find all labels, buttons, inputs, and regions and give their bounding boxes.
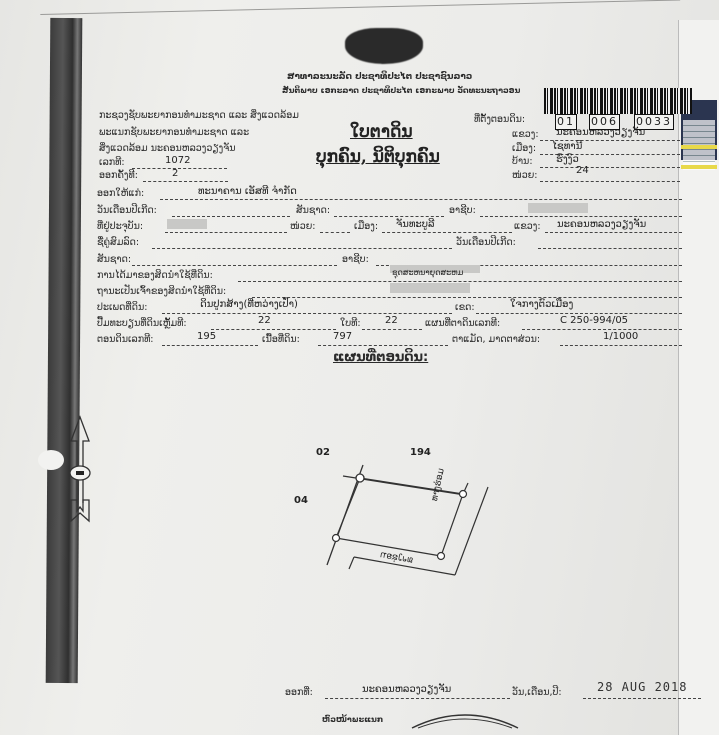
issued-at-label: ອອກທີ່: — [285, 687, 313, 698]
date-label: ວັນ,ເດືອນ,ປີ: — [512, 687, 562, 698]
header-line-1: ສາທາລະນະລັດ ປະຊາທິປະໄຕ ປະຊາຊົນລາວ — [287, 72, 472, 82]
unit-label: ໜ່ວຍ: — [512, 170, 538, 181]
address-province-value: ນະຄອນຫລວງວຽງຈັນ — [557, 219, 646, 230]
unit-value: 24 — [576, 165, 589, 176]
signature-stamp — [410, 708, 520, 730]
area-value: 797 — [333, 331, 352, 342]
issue-count-value: 2 — [172, 168, 178, 179]
spouse-birth-label: ວັນເດືອນປີເກີດ: — [456, 237, 516, 248]
village-label: ບ້ານ: — [512, 156, 533, 167]
scale-value: 1/1000 — [603, 331, 638, 342]
page-value: 22 — [385, 315, 398, 326]
birth-date-label: ວັນເດືອນປີເກີດ: — [97, 205, 157, 216]
redacted-field — [390, 283, 470, 293]
map-heading: ແຜນທີ່ຕອນດິນ: — [333, 350, 428, 365]
redacted-field — [167, 219, 207, 229]
date-stamp: 28 AUG 2018 — [597, 680, 687, 694]
paper-fold — [40, 0, 680, 15]
issued-to-label: ອອກໃຫ້ແກ່: — [97, 188, 144, 199]
ministry-line-2: ພະແນກຊັບພະຍາກອນທຳມະຊາດ ແລະ — [99, 127, 249, 138]
barcode — [544, 88, 692, 114]
north-arrow-icon — [62, 415, 98, 527]
province-value: ນະຄອນຫລວງວຽງຈັນ — [556, 127, 645, 138]
as-owner-label: ຖານະເປັນເຈົ້າຂອງສິດນຳໃຊ້ທີ່ດິນ: — [97, 286, 226, 297]
number-label: ເລກທີ: — [99, 157, 125, 168]
parcel-code-label: ທີ່ຕັ້ງຕອນດິນ: — [474, 114, 525, 125]
issue-count-label: ອອກຄັ້ງທີ: — [99, 170, 138, 181]
land-title-document: ສາທາລະນະລັດ ປະຊາທິປະໄຕ ປະຊາຊົນລາວ ສັນຕິພ… — [0, 0, 719, 735]
ministry-line-3: ສິ່ງແວດລ້ອມ ນະຄອນຫລວງວຽງຈັນ — [99, 143, 235, 154]
parcel-number-label: ຕອນດິນເລກທີ: — [97, 334, 154, 345]
district-value: ໄຊທານີ — [552, 141, 582, 152]
parcel-number-value: 195 — [197, 331, 216, 342]
ministry-line-1: ກະຊວງຊັບພະຍາກອນທຳມະຊາດ ແລະ ສິ່ງແວດລ້ອມ — [99, 110, 299, 121]
zone-label: ເຂດ: — [455, 302, 475, 313]
land-type-label: ປະເພດທີ່ດິນ: — [97, 302, 147, 313]
spouse-occupation-label: ອາຊີບ: — [342, 254, 369, 265]
header-line-2: ສັນຕິພາບ ເອກະລາດ ປະຊາທິປະໄຕ ເອກະພາບ ວັດທ… — [282, 86, 520, 95]
address-unit-label: ໜ່ວຍ: — [290, 221, 316, 232]
province-label: ແຂວງ: — [512, 129, 539, 140]
land-type-value: ດິນປູກສ້າງ(ທີ່ຫວ່າງເປົ່າ) — [200, 299, 298, 310]
scale-label: ຕາແມັດ, ມາດຕາສ່ວນ: — [452, 334, 540, 345]
map-sheet-value: C 250-994/05 — [560, 315, 628, 326]
village-value: ຮົ່ງງົວ — [556, 154, 579, 165]
issued-at-value: ນະຄອນຫລວງວຽງຈັນ — [362, 684, 451, 695]
background-paper — [678, 20, 719, 735]
nationality-label: ສັນຊາດ: — [296, 205, 330, 216]
zone-value: ໃຈກາງຕົວເມືອງ — [510, 299, 573, 310]
national-emblem-icon — [345, 28, 423, 64]
issued-to-value: ທະນາຄານ ເອັສທີ ຈຳກັດ — [198, 186, 297, 197]
acquired-by-label: ການໄດ້ມາຂອງສິດນຳໃຊ້ທີ່ດິນ: — [97, 270, 213, 281]
spouse-label: ຊື່ຄູ່ສົມລົດ: — [97, 237, 139, 248]
map-sheet-label: ແຜນທີ່ຕາດິນເລກທີ: — [425, 318, 500, 329]
spouse-nationality-label: ສັນຊາດ: — [97, 254, 131, 265]
page-label: ໃບທີ: — [340, 318, 361, 329]
occupation-label: ອາຊີບ: — [449, 205, 476, 216]
address-province-label: ແຂວງ: — [514, 221, 541, 232]
signature-label: ຫົວໜ້າພະແນກ — [322, 715, 383, 724]
document-subtitle: ບຸກຄົນ, ນິຕິບຸກຄົນ — [316, 147, 440, 167]
register-book-label: ປື້ມທະບຽນທີ່ດິນເຫຼັ້ມທີ: — [97, 318, 187, 329]
redacted-field — [528, 203, 588, 213]
address-label: ທີ່ຢູ່ປະຈຸບັນ: — [97, 221, 143, 232]
district-label: ເມືອງ: — [512, 143, 536, 154]
document-title: ໃບຕາດິນ — [350, 122, 413, 142]
address-district-label: ເມືອງ: — [354, 221, 378, 232]
acquired-by-value: ຊຸດສະຫນາຍຸດສະຫມ — [392, 268, 463, 277]
decorative-border — [46, 18, 83, 683]
parcel-map — [280, 440, 510, 590]
area-label: ເນື້ອທີ່ດິນ: — [262, 334, 300, 345]
number-value: 1072 — [165, 155, 190, 166]
register-book-value: 22 — [258, 315, 271, 326]
address-district-value: ຈັນທະບູລີ — [396, 219, 435, 230]
